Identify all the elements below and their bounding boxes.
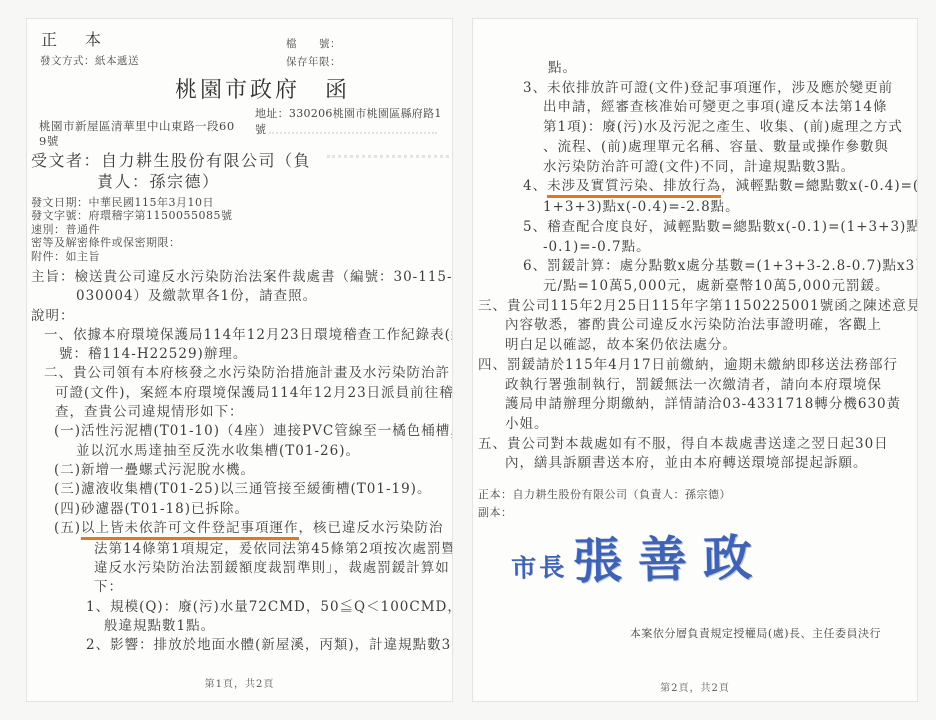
body-line: 第1項)：廢(污)水及污泥之產生、收集、(前)處理之方式 bbox=[543, 118, 917, 138]
body-line: 政執行署強制執行，罰鍰無法一次繳清者，請向本府環境保 bbox=[505, 376, 917, 396]
redaction-smudge bbox=[269, 132, 437, 137]
delivery-method: 發文方式：紙本遞送 bbox=[40, 53, 139, 68]
letter-page-1: 正 本 發文方式：紙本遞送 檔 號： 保存年限： 桃園市政府 函 地址：3302… bbox=[26, 18, 453, 702]
marker-underlined-text: 未涉及實質污染、排放行為 bbox=[547, 179, 721, 198]
file-number-label: 檔 號： bbox=[286, 35, 341, 53]
body-line: 小姐。 bbox=[505, 415, 917, 435]
body-line: 出申請，經審查核准始可變更之事項(違反本法第14條 bbox=[543, 98, 917, 118]
priority: 速別：普通件 bbox=[31, 223, 233, 236]
item-prefix: (五) bbox=[54, 520, 81, 536]
mayor-signature: 市長 張善政 bbox=[510, 519, 768, 594]
body-line: 並以沉水馬達抽至反洗水收集槽(T01-26)。 bbox=[76, 442, 452, 461]
body-line: 元/點=10萬5,000元，處新臺幣10萬5,000元罰鍰。 bbox=[543, 277, 917, 297]
item-suffix: ，核已違反水污染防治 bbox=[299, 520, 444, 536]
body-line: 明白足以確認，故本案仍依法處分。 bbox=[505, 336, 917, 356]
document-title: 桃園市政府 函 bbox=[27, 73, 452, 104]
body-line: -0.1)=-0.7點。 bbox=[543, 238, 917, 258]
original-copy-recipient: 正本：自力耕生股份有限公司（負責人：孫宗德） bbox=[478, 486, 731, 502]
retention-label: 保存年限： bbox=[286, 53, 341, 71]
penalty-point-item-4: 4、未涉及實質污染、排放行為，減輕點數=總點數x(-0.4)=( bbox=[523, 177, 917, 198]
body-line: 內容敬悉，審酌貴公司違反水污染防治法事證明確，客觀上 bbox=[505, 316, 917, 336]
penalty-point-item: 5、稽查配合度良好，減輕點數=總點數x(-0.1)=(1+3+3)點x( bbox=[523, 218, 917, 238]
body-line: 、流程、(前)處理單元名稱、容量、數量或操作參數與 bbox=[543, 138, 917, 158]
recipient-block: 受文者：自力耕生股份有限公司（負 責人：孫宗德） bbox=[31, 150, 311, 192]
body-line: 一、依據本府環境保護局114年12月23日環境稽查工作紀錄表(編 bbox=[44, 326, 452, 345]
duplicate-copy-label: 副本： bbox=[478, 504, 513, 520]
file-number-block: 檔 號： 保存年限： bbox=[286, 35, 341, 71]
subject-line: 030004）及繳款單各1份，請查照。 bbox=[76, 287, 452, 306]
item-suffix: ，減輕點數=總點數x(-0.4)=( bbox=[721, 178, 918, 194]
page1-body: 主旨：檢送貴公司違反水污染防治法案件裁處書（編號：30-115- 030004）… bbox=[27, 268, 452, 656]
recipient-line: 責人：孫宗德） bbox=[97, 171, 311, 192]
body-line: 1+3+3)點x(-0.4)=-2.8點。 bbox=[543, 198, 917, 218]
violation-item-5: (五)以上皆未依許可文件登記事項運作，核已違反水污染防治 bbox=[54, 519, 452, 540]
penalty-point-item: 6、罰鍰計算：處分點數x處分基數=(1+3+3-2.8-0.7)點x3萬 bbox=[523, 257, 917, 277]
penalty-point-item: 1、規模(Q)：廢(污)水量72CMD，50≦Q＜100CMD，計一 bbox=[86, 598, 452, 617]
body-line: 水污染防治許可證(文件)不同，計違規點數3點。 bbox=[543, 158, 917, 178]
subject-line: 主旨：檢送貴公司違反水污染防治法案件裁處書（編號：30-115- bbox=[31, 268, 452, 287]
attachment-note: 附件：如主旨 bbox=[31, 250, 233, 263]
body-line: 違反水污染防治法罰鍰額度裁罰準則」，裁處罰鍰計算如 bbox=[94, 559, 452, 578]
marker-underlined-text: 以上皆未依許可文件登記事項運作 bbox=[81, 521, 299, 540]
body-line: 護局申請辦理分期繳納，詳情請洽03-4331718轉分機630黃 bbox=[505, 395, 917, 415]
page-number-footer: 第2頁，共2頁 bbox=[473, 679, 917, 694]
violation-item: (一)活性污泥槽(T01-10)（4座）連接PVC管線至一橘色桶槽， bbox=[54, 422, 452, 441]
letter-metadata: 發文日期：中華民國115年3月10日 發文字號：府環稽字第1150055085號… bbox=[31, 196, 233, 263]
issue-date: 發文日期：中華民國115年3月10日 bbox=[31, 196, 233, 209]
violation-item: (二)新增一疊螺式污泥脫水機。 bbox=[54, 461, 452, 480]
recipient-postal-address: 桃園市新屋區清華里中山東路一段60 9號 bbox=[39, 119, 235, 149]
mayor-title: 市長 bbox=[511, 548, 568, 585]
body-line: 可證(文件)，案經本府環境保護局114年12月23日派員前往稽 bbox=[55, 384, 452, 403]
reference-number: 發文字號：府環稽字第1150055085號 bbox=[31, 209, 233, 222]
classification: 密等及解密條件或保密期限： bbox=[31, 236, 233, 249]
violation-item: (三)濾液收集槽(T01-25)以三通管接至緩衝槽(T01-19)。 bbox=[54, 480, 452, 499]
body-line: 下： bbox=[94, 578, 452, 597]
recipient-address-line: 9號 bbox=[39, 134, 235, 149]
page2-body: 點。 3、未依排放許可證(文件)登記事項運作，涉及應於變更前 出申請，經審查核准… bbox=[473, 59, 917, 474]
explanation-heading: 說明： bbox=[31, 307, 452, 326]
recipient-address-line: 桃園市新屋區清華里中山東路一段60 bbox=[39, 119, 235, 134]
authorization-note: 本案依分層負責規定授權局(處)長、主任委員決行 bbox=[630, 625, 881, 641]
redaction-smudge bbox=[327, 155, 449, 161]
mayor-name-calligraphy: 張善政 bbox=[572, 519, 768, 593]
explanation-item: 五、貴公司對本裁處如有不服，得自本裁處書送達之翌日起30日 bbox=[478, 435, 917, 455]
letter-page-2: 點。 3、未依排放許可證(文件)登記事項運作，涉及應於變更前 出申請，經審查核准… bbox=[472, 18, 918, 702]
explanation-item: 三、貴公司115年2月25日115年字第1150225001號函之陳述意見 bbox=[478, 297, 917, 317]
body-line: 號：稽114-H22529)辦理。 bbox=[59, 345, 452, 364]
body-line: 般違規點數1點。 bbox=[104, 617, 452, 636]
scanned-letter-spread: 正 本 發文方式：紙本遞送 檔 號： 保存年限： 桃園市政府 函 地址：3302… bbox=[0, 0, 936, 720]
violation-item: (四)砂濾器(T01-18)已拆除。 bbox=[54, 500, 452, 519]
item-prefix: 4、 bbox=[523, 178, 547, 194]
recipient-line: 受文者：自力耕生股份有限公司（負 bbox=[31, 150, 311, 171]
body-line: 點。 bbox=[548, 59, 917, 79]
body-line: 內，繕具訴願書送本府，並由本府轉送環境部提起訴願。 bbox=[505, 454, 917, 474]
body-line: 二、貴公司領有本府核發之水污染防治措施計畫及水污染防治許 bbox=[44, 364, 452, 383]
copy-type-label: 正 本 bbox=[41, 27, 107, 50]
page-number-footer: 第1頁，共2頁 bbox=[27, 675, 452, 690]
penalty-point-item: 3、未依排放許可證(文件)登記事項運作，涉及應於變更前 bbox=[523, 79, 917, 99]
body-line: 法第14條第1項規定，爰依同法第45條第2項按次處罰暨「 bbox=[94, 540, 452, 559]
penalty-point-item: 2、影響：排放於地面水體(新屋溪，丙類)，計違規點數3 bbox=[86, 636, 452, 655]
explanation-item: 四、罰鍰請於115年4月17日前繳納，逾期未繳納即移送法務部行 bbox=[478, 356, 917, 376]
body-line: 查，查貴公司違規情形如下： bbox=[55, 403, 452, 422]
